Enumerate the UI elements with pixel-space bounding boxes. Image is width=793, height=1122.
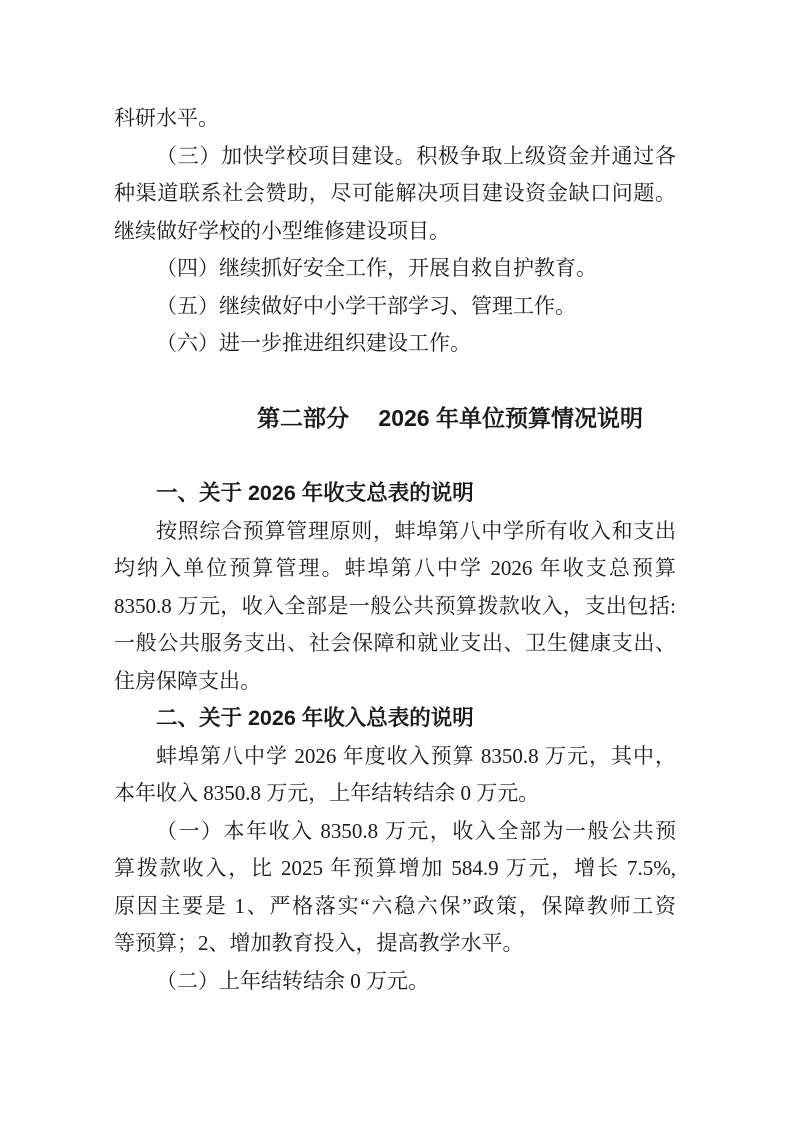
text-line: （六）进一步推进组织建设工作。 [114,325,676,363]
paragraph-income-detail-2: （二）上年结转结余 0 万元。 [114,963,676,1001]
text-line: 第二部分 2026 年单位预算情况说明 [114,400,676,438]
text-line: 算拨款收入，比 2025 年预算增加 584.9 万元，增长 7.5%, [114,850,676,888]
text-line: 蚌埠第八中学 2026 年度收入预算 8350.8 万元，其中， [114,738,676,776]
paragraph-item-4: （四）继续抓好安全工作，开展自救自护教育。 [114,250,676,288]
section-title: 第二部分 2026 年单位预算情况说明 [114,400,676,438]
paragraph-budget-overview: 按照综合预算管理原则，蚌埠第八中学所有收入和支出均纳入单位预算管理。蚌埠第八中学… [114,513,676,701]
text-line: 二、关于 2026 年收入总表的说明 [114,700,676,738]
heading-income-expense-table: 一、关于 2026 年收支总表的说明 [114,475,676,513]
text-line: 科研水平。 [114,100,676,138]
document-content: 科研水平。（三）加快学校项目建设。积极争取上级资金并通过各种渠道联系社会赞助，尽… [114,100,676,1000]
paragraph-income-total: 蚌埠第八中学 2026 年度收入预算 8350.8 万元，其中，本年收入 835… [114,738,676,813]
paragraph-item-6: （六）进一步推进组织建设工作。 [114,325,676,363]
text-line: 一、关于 2026 年收支总表的说明 [114,475,676,513]
text-line: 本年收入 8350.8 万元，上年结转结余 0 万元。 [114,775,676,813]
text-line: 均纳入单位预算管理。蚌埠第八中学 2026 年收支总预算 [114,550,676,588]
paragraph-continuation: 科研水平。 [114,100,676,138]
text-line: （五）继续做好中小学干部学习、管理工作。 [114,288,676,326]
text-line: 住房保障支出。 [114,663,676,701]
heading-income-table: 二、关于 2026 年收入总表的说明 [114,700,676,738]
text-line: 8350.8 万元，收入全部是一般公共预算拨款收入，支出包括: [114,588,676,626]
text-line: （四）继续抓好安全工作，开展自救自护教育。 [114,250,676,288]
paragraph-item-3: （三）加快学校项目建设。积极争取上级资金并通过各种渠道联系社会赞助，尽可能解决项… [114,138,676,251]
text-line: （三）加快学校项目建设。积极争取上级资金并通过各 [114,138,676,176]
text-line: 种渠道联系社会赞助，尽可能解决项目建设资金缺口问题。 [114,175,676,213]
text-line: 一般公共服务支出、社会保障和就业支出、卫生健康支出、 [114,625,676,663]
text-line: 等预算；2、增加教育投入，提高教学水平。 [114,925,676,963]
text-line: （二）上年结转结余 0 万元。 [114,963,676,1001]
text-line: 继续做好学校的小型维修建设项目。 [114,213,676,251]
paragraph-item-5: （五）继续做好中小学干部学习、管理工作。 [114,288,676,326]
paragraph-income-detail-1: （一）本年收入 8350.8 万元，收入全部为一般公共预算拨款收入，比 2025… [114,813,676,963]
text-line: （一）本年收入 8350.8 万元，收入全部为一般公共预 [114,813,676,851]
text-line: 按照综合预算管理原则，蚌埠第八中学所有收入和支出 [114,513,676,551]
document-page: 科研水平。（三）加快学校项目建设。积极争取上级资金并通过各种渠道联系社会赞助，尽… [0,0,793,1122]
text-line: 原因主要是 1、严格落实“六稳六保”政策，保障教师工资 [114,888,676,926]
